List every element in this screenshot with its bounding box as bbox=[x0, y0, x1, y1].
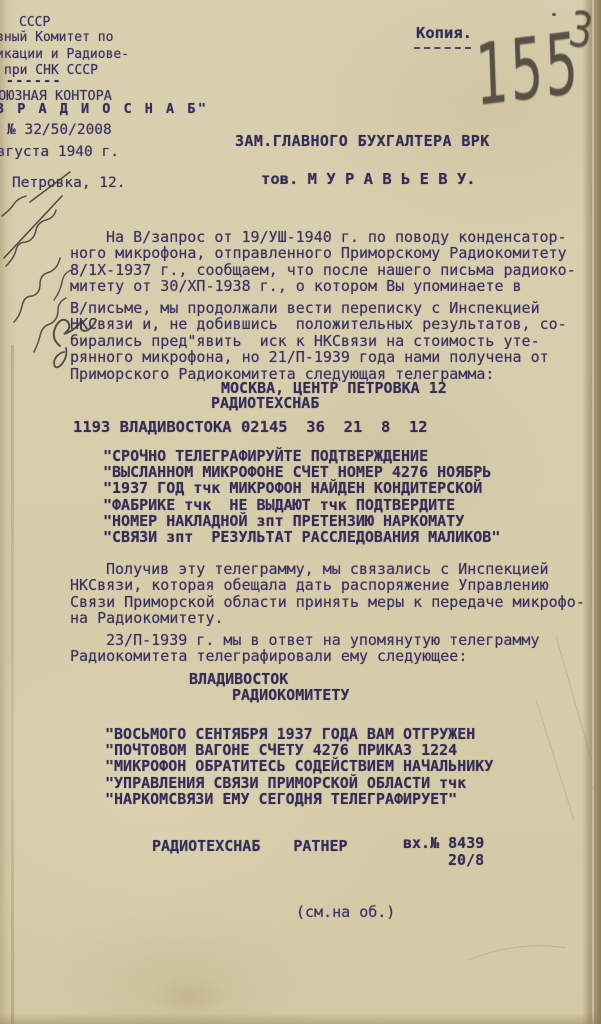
telegram2-address-line2: РАДИОКОМИТЕТУ bbox=[232, 686, 349, 704]
letterhead-committee-line2: икации и Радиове- bbox=[0, 47, 129, 62]
incoming-registration-date: 20/8 bbox=[448, 851, 484, 869]
body-paragraph-4: 23/П-1939 г. мы в ответ на упомянутую те… bbox=[70, 632, 594, 665]
letterhead-divider: ------ bbox=[6, 74, 62, 89]
scanned-document-page: СССР зный Комитет по икации и Радиове- п… bbox=[0, 0, 601, 1024]
page-bottom-edge bbox=[0, 1013, 601, 1024]
recipient-title: ЗАМ.ГЛАВНОГО БУХГАЛТЕРА ВРК bbox=[235, 132, 490, 150]
telegram2-text: "ВОСЬМОГО СЕНТЯБРЯ 1937 ГОДА ВАМ ОТГРУЖЕ… bbox=[105, 726, 493, 807]
copy-stamp-label: Копия. bbox=[416, 24, 472, 42]
see-verso-note: (см.на об.) bbox=[296, 903, 395, 921]
copy-stamp-underline bbox=[414, 47, 471, 49]
paper-crease bbox=[11, 345, 14, 1024]
signature-org: РАДИОТЕХСНАБ bbox=[152, 837, 260, 855]
signature-line: РАДИОТЕХСНАБРАТНЕР bbox=[152, 837, 348, 855]
letterhead-street-address: Петровка, 12. bbox=[12, 175, 126, 191]
ink-speck bbox=[552, 13, 556, 16]
telegram-routing-line: 1193 ВЛАДИВОСТОКА 02145 36 21 8 12 bbox=[73, 418, 428, 436]
incoming-registration-number: вх.№ 8439 bbox=[403, 834, 484, 852]
recipient-name: тов. М У Р А В Ь Е В У. bbox=[261, 170, 476, 188]
letterhead-country: СССР bbox=[19, 15, 50, 30]
document-date: августа 1940 г. bbox=[0, 144, 119, 160]
body-paragraph-3: Получив эту телеграмму, мы связались с И… bbox=[70, 561, 594, 627]
signature-signer-name: РАТНЕР bbox=[293, 837, 347, 855]
telegram1-address-line2: РАДИОТЕХСНАБ bbox=[211, 394, 319, 412]
body-paragraph-2: В/письме, мы продолжали вести переписку … bbox=[70, 300, 596, 382]
page-right-edge bbox=[582, 0, 601, 1024]
letterhead-brand-name: З Р А Д И О С Н А Б" bbox=[0, 101, 209, 117]
handwritten-page-number: 155 bbox=[474, 15, 582, 126]
body-paragraph-1: На В/запрос от 19/УШ-1940 г. по поводу к… bbox=[70, 229, 594, 295]
document-number: № 32/50/2008 bbox=[7, 122, 112, 138]
letterhead-committee-line1: зный Комитет по bbox=[0, 30, 113, 45]
telegram1-text: "СРОЧНО ТЕЛЕГРАФИРУЙТЕ ПОДТВЕРЖДЕНИЕ "ВЫ… bbox=[103, 448, 500, 545]
